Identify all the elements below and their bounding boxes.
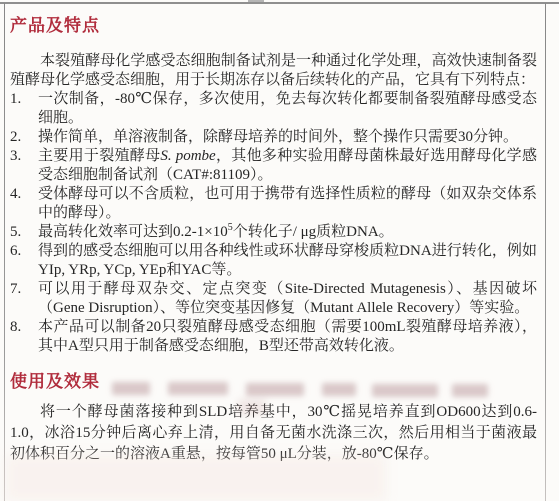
- scan-shading: [6, 455, 386, 501]
- item-text: 得到的感受态细胞可以用各种线性或环状酵母穿梭质粒DNA进行转化，例如YIp, Y…: [38, 242, 537, 280]
- bleed-through-artifact: [238, 399, 266, 415]
- item-text: 一次制备，-80℃保存，多次使用，免去每次转化都要制备裂殖酵母感受态细胞。: [38, 90, 537, 128]
- item-text-pre: 主要用于裂殖酵母: [38, 148, 160, 164]
- item-number: 3.: [10, 147, 38, 185]
- bleed-through-artifact: [112, 382, 150, 395]
- item-number: 6.: [10, 242, 38, 280]
- list-item: 7. 可以用于酵母双杂交、定点突变（Site-Directed Mutagene…: [10, 280, 537, 318]
- product-section-heading: 产品及特点: [10, 14, 537, 38]
- list-item: 6. 得到的感受态细胞可以用各种线性或环状酵母穿梭质粒DNA进行转化，例如YIp…: [10, 242, 537, 280]
- document-page: 产品及特点 本裂殖酵母化学感受态细胞制备试剂是一种通过化学处理，高效快速制备裂殖…: [0, 0, 559, 501]
- item-text: 最高转化效率可达到0.2-1×105个转化子/ μg质粒DNA。: [38, 223, 537, 242]
- item-text-post: 个转化子/ μg质粒DNA。: [233, 224, 394, 240]
- feature-list: 1. 一次制备，-80℃保存，多次使用，免去每次转化都要制备裂殖酵母感受态细胞。…: [10, 90, 537, 356]
- item-number: 7.: [10, 280, 38, 318]
- list-item: 3. 主要用于裂殖酵母S. pombe，其他多种实验用酵母菌株最好选用酵母化学感…: [10, 147, 537, 185]
- item-number: 4.: [10, 185, 38, 223]
- list-item: 4. 受体酵母可以不含质粒，也可用于携带有选择性质粒的酵母（如双杂交体系中的酵母…: [10, 185, 537, 223]
- item-text: 主要用于裂殖酵母S. pombe，其他多种实验用酵母菌株最好选用酵母化学感受态细…: [38, 147, 537, 185]
- left-border-line: [4, 3, 5, 501]
- item-text: 受体酵母可以不含质粒，也可用于携带有选择性质粒的酵母（如双杂交体系中的酵母）。: [38, 185, 537, 223]
- item-text: 操作简单，单溶液制备，除酵母培养的时间外，整个操作只需要30分钟。: [38, 128, 537, 147]
- list-item: 2. 操作简单，单溶液制备，除酵母培养的时间外，整个操作只需要30分钟。: [10, 128, 537, 147]
- right-border-line: [545, 3, 546, 501]
- item-number: 1.: [10, 90, 38, 128]
- product-intro-paragraph: 本裂殖酵母化学感受态细胞制备试剂是一种通过化学处理，高效快速制备裂殖酵母化学感受…: [10, 52, 537, 90]
- species-name-italic: S. pombe: [160, 148, 215, 164]
- bleed-through-artifact: [322, 383, 356, 396]
- item-number: 8.: [10, 318, 38, 356]
- bleed-through-artifact: [168, 382, 228, 395]
- bleed-through-artifact: [452, 384, 488, 397]
- bleed-through-artifact: [372, 384, 438, 397]
- list-item: 5. 最高转化效率可达到0.2-1×105个转化子/ μg质粒DNA。: [10, 223, 537, 242]
- list-item: 1. 一次制备，-80℃保存，多次使用，免去每次转化都要制备裂殖酵母感受态细胞。: [10, 90, 537, 128]
- item-text-pre: 最高转化效率可达到0.2-1×10: [38, 224, 228, 240]
- item-text: 可以用于酵母双杂交、定点突变（Site-Directed Mutagenesis…: [38, 280, 537, 318]
- item-number: 2.: [10, 128, 38, 147]
- item-text: 本产品可以制备20只裂殖酵母感受态细胞（需要100mL裂殖酵母培养液），其中A型…: [38, 318, 537, 356]
- product-section: 产品及特点 本裂殖酵母化学感受态细胞制备试剂是一种通过化学处理，高效快速制备裂殖…: [10, 14, 537, 356]
- list-item: 8. 本产品可以制备20只裂殖酵母感受态细胞（需要100mL裂殖酵母培养液），其…: [10, 318, 537, 356]
- item-number: 5.: [10, 223, 38, 242]
- bleed-through-artifact: [246, 383, 304, 396]
